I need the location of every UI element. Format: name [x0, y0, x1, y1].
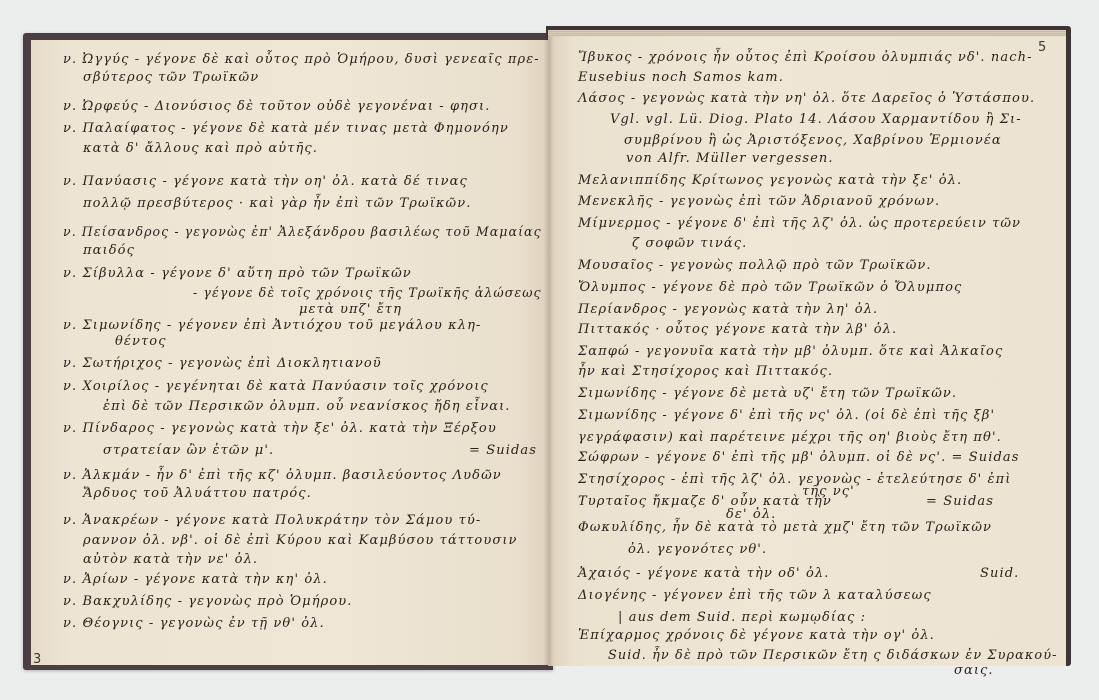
manuscript-line: ν. Θέογνις - γεγονὼς ἐν τῇ νθ' ὀλ.	[63, 616, 325, 631]
manuscript-line: γεγράφασιν) καὶ παρέτεινε μέχρι τῆς οη' …	[578, 430, 1002, 445]
manuscript-line: ν. Σωτήριχος - γεγονὼς ἐπὶ Διοκλητιανοῦ	[63, 356, 382, 371]
manuscript-line: Eusebius noch Samos kam.	[578, 70, 784, 85]
manuscript-line: ν. Παλαίφατος - γέγονε δὲ κατὰ μέν τινας…	[63, 121, 509, 136]
manuscript-line: Τυρταῖος ἤκμαζε δ' οὖν κατὰ τὴν	[578, 494, 832, 509]
manuscript-line: ν. Ἀνακρέων - γέγονε κατὰ Πολυκράτην τὸν…	[63, 513, 481, 528]
manuscript-line: Σιμωνίδης - γέγονε δὲ μετὰ υζ' ἔτη τῶν Τ…	[578, 386, 957, 401]
manuscript-line: Μίμνερμος - γέγονε δ' ἐπὶ τῆς λζ' ὀλ. ὡς…	[578, 216, 1021, 231]
manuscript-line: ραννον ὀλ. νβ'. οἱ δὲ ἐπὶ Κύρου καὶ Καμβ…	[83, 533, 518, 548]
manuscript-line: Πιττακός · οὗτος γέγονε κατὰ τὴν λβ' ὀλ.	[578, 322, 897, 337]
manuscript-line: ν. Πίνδαρος - γεγονὼς κατὰ τὴν ξε' ὀλ. κ…	[63, 421, 497, 436]
manuscript-line: ν. Χοιρίλος - γεγένηται δὲ κατὰ Πανύασιν…	[63, 379, 489, 394]
manuscript-line: Λάσος - γεγονὼς κατὰ τὴν νη' ὀλ. ὅτε Δαρ…	[578, 91, 1035, 106]
manuscript-line: ν. Ἀρίων - γέγονε κατὰ τὴν κη' ὀλ.	[63, 572, 328, 587]
manuscript-line: Suid.	[980, 566, 1019, 581]
manuscript-line: σβύτερος τῶν Τρωϊκῶν	[83, 70, 259, 85]
manuscript-line: ν. Σίβυλλα - γέγονε δ' αὕτη πρὸ τῶν Τρωϊ…	[63, 266, 412, 281]
manuscript-line: ζ σοφῶν τινάς.	[632, 236, 747, 251]
manuscript-line: Vgl. vgl. Lü. Diog. Plato 14. Λάσου Χαρμ…	[610, 112, 1022, 127]
manuscript-line: Σώφρων - γέγονε δ' ἐπὶ τῆς μβ' ὀλυμπ. οἱ…	[578, 450, 1020, 465]
manuscript-line: μετὰ υπζ' ἔτη	[299, 302, 402, 317]
manuscript-line: ν. Ἀλκμάν - ἦν δ' ἐπὶ τῆς κζ' ὀλυμπ. βασ…	[63, 468, 502, 483]
manuscript-line: σαις.	[954, 663, 994, 678]
manuscript-line: αὐτὸν κατὰ τὴν νε' ὀλ.	[83, 552, 258, 567]
manuscript-line: ν. Ὠγγύς - γέγονε δὲ καὶ οὗτος πρὸ Ὁμήρο…	[63, 52, 540, 67]
manuscript-line: Περίανδρος - γεγονὼς κατὰ τὴν λη' ὀλ.	[578, 302, 878, 317]
manuscript-line: Μουσαῖος - γεγονὼς πολλῷ πρὸ τῶν Τρωϊκῶν…	[578, 258, 932, 273]
manuscript-line: Ἴβυκος - χρόνοις ἦν οὗτος ἐπὶ Κροίσου ὀλ…	[578, 50, 1033, 65]
manuscript-line: Ὄλυμπος - γέγονε δὲ πρὸ τῶν Τρωϊκῶν ὁ Ὄλ…	[578, 280, 962, 295]
left-page: ν. Ὠγγύς - γέγονε δὲ καὶ οὗτος πρὸ Ὁμήρο…	[31, 40, 550, 665]
manuscript-line: ν. Πείσανδρος - γεγονὼς ἐπ' Ἀλεξάνδρου β…	[63, 225, 542, 240]
manuscript-line: Μελανιππίδης Κρίτωνος γεγονὼς κατὰ τὴν ξ…	[578, 173, 962, 188]
manuscript-line: - γέγονε δὲ τοῖς χρόνοις τῆς Τρωϊκῆς ἁλώ…	[193, 286, 542, 301]
manuscript-line: ν. Πανύασις - γέγονε κατὰ τὴν οη' ὀλ. κα…	[63, 174, 468, 189]
manuscript-line: θέντος	[115, 334, 167, 349]
manuscript-line: Μενεκλῆς - γεγονὼς ἐπὶ τῶν Ἀδριανοῦ χρόν…	[578, 194, 940, 209]
manuscript-line: Ἐπίχαρμος χρόνοις δὲ γέγονε κατὰ τὴν ογ'…	[578, 628, 935, 643]
manuscript-line: ἐπὶ δὲ τῶν Περσικῶν ὀλυμπ. οὗ νεανίσκος …	[103, 399, 511, 414]
manuscript-line: παιδός	[83, 243, 135, 258]
manuscript-line: Ἄρδυος τοῦ Ἀλυάττου πατρός.	[83, 486, 312, 501]
manuscript-line: von Alfr. Müller vergessen.	[626, 151, 834, 166]
right-page-text: Ἴβυκος - χρόνοις ἦν οὗτος ἐπὶ Κροίσου ὀλ…	[548, 36, 1066, 666]
manuscript-line: στρατείαν ὢν ἐτῶν μ'.	[103, 443, 274, 458]
manuscript-line: ν. Ὠρφεύς - Διονύσιος δὲ τοῦτον οὐδὲ γεγ…	[63, 99, 490, 114]
manuscript-line: κατὰ δ' ἄλλους καὶ πρὸ αὐτῆς.	[83, 141, 318, 156]
manuscript-line: Suid. ἦν δὲ πρὸ τῶν Περσικῶν ἔτη ς διδάσ…	[608, 648, 1058, 663]
manuscript-line: = Suidas	[469, 443, 537, 458]
manuscript-line: Σιμωνίδης - γέγονε δ' ἐπὶ τῆς νς' ὀλ. (ο…	[578, 408, 995, 423]
manuscript-line: ἦν καὶ Στησίχορος καὶ Πιττακός.	[578, 364, 833, 379]
manuscript-line: Φωκυλίδης, ἦν δὲ κατὰ τὸ μετὰ χμζ' ἔτη τ…	[578, 520, 992, 535]
manuscript-line: Σαπφώ - γεγονυῖα κατὰ τὴν μβ' ὀλυμπ. ὅτε…	[578, 344, 1003, 359]
manuscript-line: | aus dem Suid. περὶ κωμῳδίας :	[618, 610, 866, 625]
manuscript-line: = Suidas	[926, 494, 994, 509]
manuscript-line: Διογένης - γέγονεν ἐπὶ τῆς τῶν λ καταλύσ…	[578, 588, 932, 603]
page-number-left: 3	[33, 652, 41, 667]
manuscript-line: Στησίχορος - ἐπὶ τῆς λζ' ὀλ. γεγονὼς - ἐ…	[578, 472, 1011, 487]
manuscript-line: συμβρίνου ἢ ὡς Ἀριστόξενος, Χαβρίνου Ἑρμ…	[624, 133, 1002, 148]
manuscript-line: ὀλ. γεγονότες νθ'.	[628, 542, 767, 557]
manuscript-line: Ἀχαιός - γέγονε κατὰ τὴν οδ' ὀλ.	[578, 566, 829, 581]
book-spine	[544, 36, 554, 668]
right-page: Ἴβυκος - χρόνοις ἦν οὗτος ἐπὶ Κροίσου ὀλ…	[548, 36, 1066, 666]
manuscript-line: πολλῷ πρεσβύτερος · καὶ γὰρ ἦν ἐπὶ τῶν Τ…	[83, 196, 471, 211]
manuscript-line: ν. Σιμωνίδης - γέγονεν ἐπὶ Ἀντιόχου τοῦ …	[63, 318, 481, 333]
left-page-text: ν. Ὠγγύς - γέγονε δὲ καὶ οὗτος πρὸ Ὁμήρο…	[31, 40, 550, 665]
page-number-right: 5	[1038, 40, 1046, 55]
manuscript-line: ν. Βακχυλίδης - γεγονὼς πρὸ Ὁμήρου.	[63, 594, 353, 609]
